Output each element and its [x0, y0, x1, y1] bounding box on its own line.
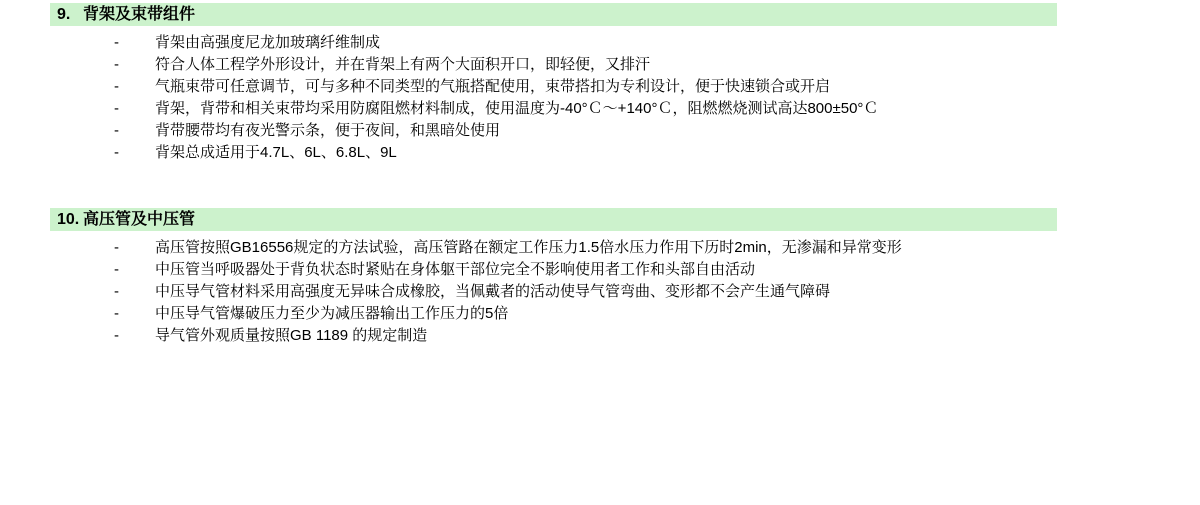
bullet-list: - 高压管按照GB16556规定的方法试验，高压管路在额定工作压力1.5倍水压力…	[50, 237, 1057, 347]
bullet-dash: -	[114, 76, 155, 98]
bullet-dash: -	[114, 32, 155, 54]
bullet-list: - 背架由高强度尼龙加玻璃纤维制成 - 符合人体工程学外形设计，并在背架上有两个…	[50, 32, 1057, 164]
bullet-text: 气瓶束带可任意调节，可与多种不同类型的气瓶搭配使用，束带搭扣为专利设计，便于快速…	[155, 76, 830, 98]
bullet-dash: -	[114, 325, 155, 347]
section-number: 9.	[57, 4, 83, 25]
bullet-dash: -	[114, 120, 155, 142]
bullet-item: - 高压管按照GB16556规定的方法试验，高压管路在额定工作压力1.5倍水压力…	[50, 237, 1057, 259]
bullet-text: 背架，背带和相关束带均采用防腐阻燃材料制成，使用温度为-40°Ｃ～+140°Ｃ，…	[155, 98, 878, 120]
bullet-item: - 气瓶束带可任意调节，可与多种不同类型的气瓶搭配使用，束带搭扣为专利设计，便于…	[50, 76, 1057, 98]
section-number: 10.	[57, 209, 83, 230]
bullet-item: - 背架由高强度尼龙加玻璃纤维制成	[50, 32, 1057, 54]
bullet-item: - 中压管当呼吸器处于背负状态时紧贴在身体躯干部位完全不影响使用者工作和头部自由…	[50, 259, 1057, 281]
bullet-dash: -	[114, 259, 155, 281]
document: 9. 背架及束带组件 - 背架由高强度尼龙加玻璃纤维制成 - 符合人体工程学外形…	[50, 3, 1057, 347]
section-header: 10. 高压管及中压管	[50, 208, 1057, 231]
bullet-text: 符合人体工程学外形设计，并在背架上有两个大面积开口，即轻便，又排汗	[155, 54, 650, 76]
section-header: 9. 背架及束带组件	[50, 3, 1057, 26]
bullet-dash: -	[114, 54, 155, 76]
bullet-dash: -	[114, 142, 155, 164]
bullet-dash: -	[114, 237, 155, 259]
bullet-dash: -	[114, 98, 155, 120]
section-title: 背架及束带组件	[83, 4, 195, 25]
bullet-text: 背带腰带均有夜光警示条，便于夜间，和黑暗处使用	[155, 120, 500, 142]
bullet-dash: -	[114, 281, 155, 303]
bullet-item: - 背架总成适用于4.7L、6L、6.8L、9L	[50, 142, 1057, 164]
bullet-dash: -	[114, 303, 155, 325]
bullet-item: - 背架，背带和相关束带均采用防腐阻燃材料制成，使用温度为-40°Ｃ～+140°…	[50, 98, 1057, 120]
bullet-text: 中压管当呼吸器处于背负状态时紧贴在身体躯干部位完全不影响使用者工作和头部自由活动	[155, 259, 755, 281]
bullet-text: 中压导气管材料采用高强度无异味合成橡胶，当佩戴者的活动使导气管弯曲、变形都不会产…	[155, 281, 830, 303]
bullet-item: - 中压导气管爆破压力至少为减压器输出工作压力的5倍	[50, 303, 1057, 325]
bullet-item: - 中压导气管材料采用高强度无异味合成橡胶，当佩戴者的活动使导气管弯曲、变形都不…	[50, 281, 1057, 303]
bullet-text: 中压导气管爆破压力至少为减压器输出工作压力的5倍	[155, 303, 508, 325]
bullet-item: - 导气管外观质量按照GB 1189 的规定制造	[50, 325, 1057, 347]
bullet-text: 背架由高强度尼龙加玻璃纤维制成	[155, 32, 380, 54]
bullet-text: 导气管外观质量按照GB 1189 的规定制造	[155, 325, 427, 347]
spec-section: 10. 高压管及中压管 - 高压管按照GB16556规定的方法试验，高压管路在额…	[50, 208, 1057, 347]
bullet-text: 背架总成适用于4.7L、6L、6.8L、9L	[155, 142, 397, 164]
bullet-text: 高压管按照GB16556规定的方法试验，高压管路在额定工作压力1.5倍水压力作用…	[155, 237, 902, 259]
spec-section: 9. 背架及束带组件 - 背架由高强度尼龙加玻璃纤维制成 - 符合人体工程学外形…	[50, 3, 1057, 164]
section-title: 高压管及中压管	[83, 209, 195, 230]
bullet-item: - 符合人体工程学外形设计，并在背架上有两个大面积开口，即轻便，又排汗	[50, 54, 1057, 76]
bullet-item: - 背带腰带均有夜光警示条，便于夜间，和黑暗处使用	[50, 120, 1057, 142]
